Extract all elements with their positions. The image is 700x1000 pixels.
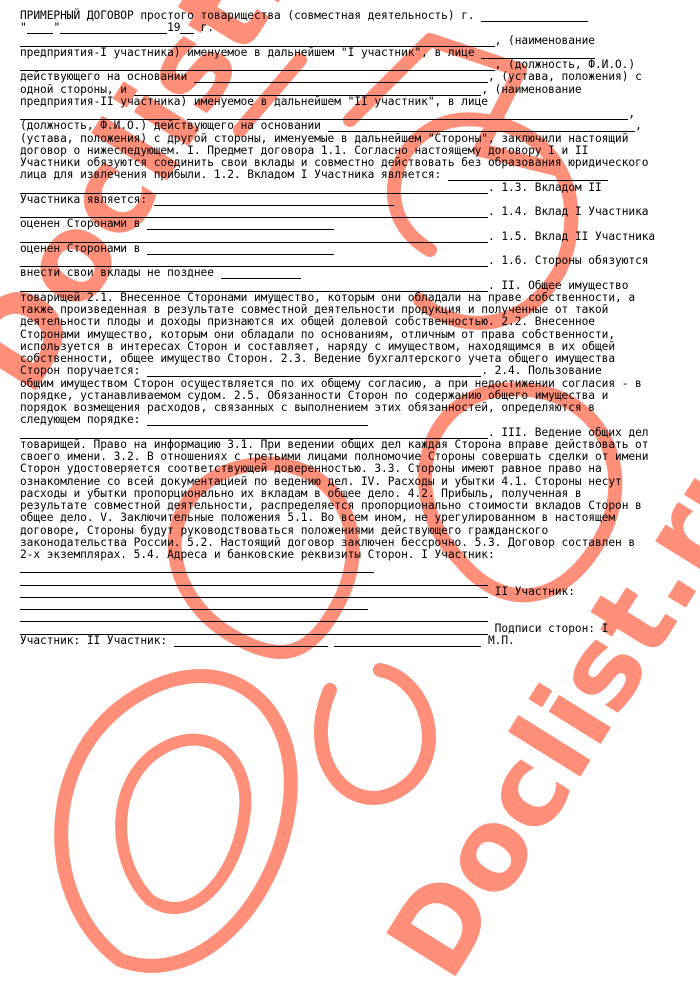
document-line	[20, 561, 655, 573]
fill-in-blank	[20, 562, 374, 573]
contract-document: ПРИМЕРНЫЙ ДОГОВОР простого товарищества …	[20, 10, 655, 647]
fill-in-blank	[60, 23, 167, 34]
document-line: Участник: II Участник: М.П.	[20, 635, 655, 647]
fill-in-blank	[20, 611, 488, 622]
fill-in-blank	[334, 636, 481, 647]
fill-in-blank	[147, 415, 368, 426]
fill-in-blank	[221, 268, 301, 279]
watermark-stroke	[321, 670, 429, 798]
fill-in-blank	[481, 11, 588, 22]
fill-in-blank	[180, 23, 193, 34]
fill-in-blank	[174, 636, 328, 647]
fill-in-blank	[20, 575, 488, 586]
fill-in-blank	[27, 23, 54, 34]
fill-in-blank	[194, 72, 488, 83]
watermark-stroke	[61, 676, 291, 966]
fill-in-blank	[147, 219, 334, 230]
watermark-stroke	[121, 740, 245, 908]
